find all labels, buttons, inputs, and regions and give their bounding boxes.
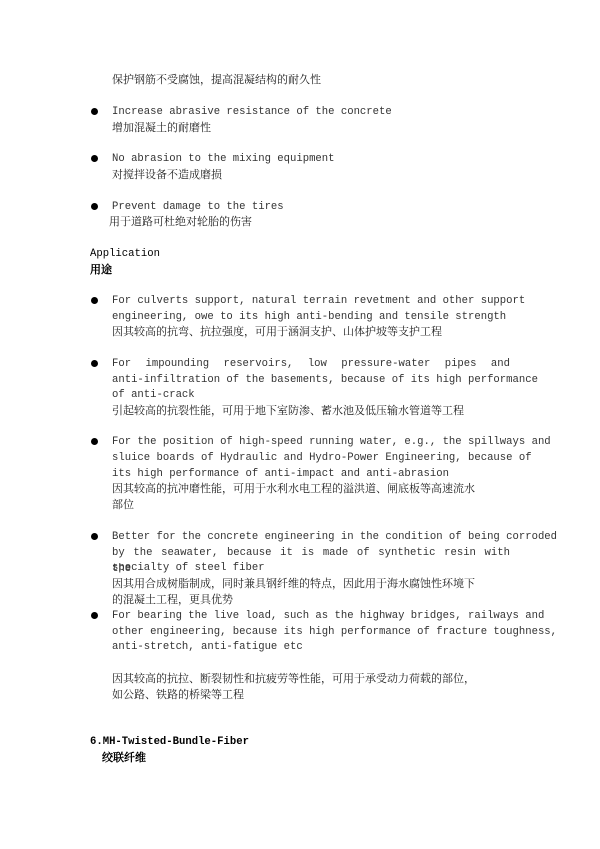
bullet-icon [91,438,98,445]
document-page: 保护钢筋不受腐蚀，提高混凝结构的耐久性 Increase abrasive re… [0,0,600,849]
application-item-en: Better for the concrete engineering in t… [112,529,557,545]
application-item-zh: 引起较高的抗裂性能，可用于地下室防渗、蓄水池及低压输水管道等工程 [112,403,464,419]
property-en: Prevent damage to the tires [112,199,284,215]
application-item-en: anti-stretch, anti-fatigue etc [112,639,303,655]
application-heading-zh: 用途 [90,262,112,278]
application-item-en: For bearing the live load, such as the h… [112,608,544,624]
bullet-icon [91,360,98,367]
property-en: Increase abrasive resistance of the conc… [112,104,392,120]
application-heading-en: Application [90,246,160,262]
property-en: No abrasion to the mixing equipment [112,151,335,167]
bullet-icon [91,155,98,162]
application-item-zh: 因其用合成树脂制成，同时兼具钢纤维的特点，因此用于海水腐蚀性环境下 [112,576,475,592]
application-item-zh: 如公路、铁路的桥梁等工程 [112,687,244,703]
bullet-icon [91,108,98,115]
bullet-icon [91,203,98,210]
intro-line: 保护钢筋不受腐蚀，提高混凝结构的耐久性 [112,72,321,88]
application-item-en: sluice boards of Hydraulic and Hydro-Pow… [112,450,532,466]
application-item-en: of anti-crack [112,387,195,403]
bullet-icon [91,533,98,540]
application-item-zh: 的混凝土工程，更具优势 [112,592,233,608]
application-item-en: specialty of steel fiber [112,560,265,576]
application-item-zh: 因其较高的抗弯、抗拉强度，可用于涵洞支护、山体护坡等支护工程 [112,324,442,340]
application-item-en: For the position of high-speed running w… [112,434,551,450]
application-item-zh: 因其较高的抗拉、断裂韧性和抗疲劳等性能，可用于承受动力荷载的部位， [112,671,475,687]
application-item-en: For culverts support, natural terrain re… [112,293,525,309]
bullet-icon [91,612,98,619]
application-item-zh: 因其较高的抗冲磨性能，可用于水利水电工程的溢洪道、闸底板等高速流水 [112,481,475,497]
property-zh: 用于道路可杜绝对轮胎的伤害 [109,214,252,230]
property-zh: 对搅拌设备不造成磨损 [112,167,222,183]
property-zh: 增加混凝土的耐磨性 [112,120,211,136]
section-6-heading-zh: 绞联纤维 [102,750,146,766]
application-item-en: its high performance of anti-impact and … [112,466,449,482]
application-item-en: For impounding reservoirs, low pressure-… [112,356,510,372]
section-6-heading-en: 6.MH-Twisted-Bundle-Fiber [90,734,249,750]
application-item-en: anti-infiltration of the basements, beca… [112,372,538,388]
bullet-icon [91,297,98,304]
application-item-en: other engineering, because its high perf… [112,624,557,640]
application-item-en: engineering, owe to its high anti-bendin… [112,309,506,325]
application-item-zh: 部位 [112,497,134,513]
